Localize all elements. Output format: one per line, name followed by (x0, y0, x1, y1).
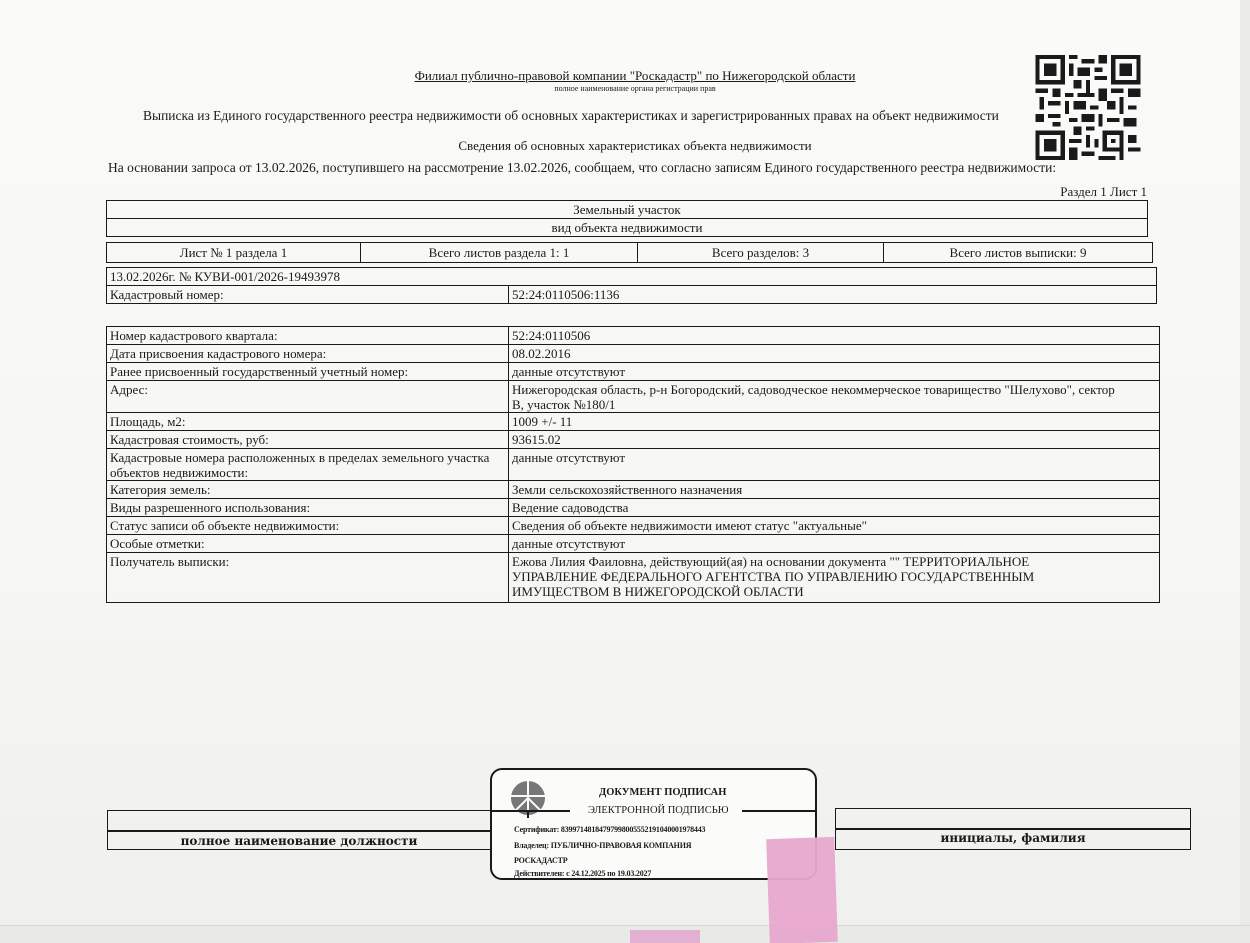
stamp-signed-text: ДОКУМЕНТ ПОДПИСАН (599, 787, 726, 798)
roskadastr-logo-icon (508, 778, 548, 818)
section-sheets-total: Всего листов раздела 1: 1 (361, 243, 638, 263)
row-value: Ежова Лилия Фаиловна, действующий(ая) на… (509, 553, 1160, 603)
table-row: Статус записи об объекте недвижимости:Св… (107, 517, 1160, 535)
row-label: Категория земель: (107, 481, 509, 499)
table-row: Номер кадастрового квартала:52:24:011050… (107, 327, 1160, 345)
registration-authority-caption: полное наименование органа регистрации п… (140, 84, 1130, 93)
row-label: Особые отметки: (107, 535, 509, 553)
qr-code-icon (1033, 55, 1143, 160)
table-row: Особые отметки:данные отсутствуют (107, 535, 1160, 553)
divider (108, 830, 490, 832)
position-caption: полное наименование должности (108, 834, 490, 848)
stamp-line (490, 810, 570, 812)
row-value: 1009 +/- 11 (509, 413, 1160, 431)
row-value: Нижегородская область, р-н Богородский, … (509, 381, 1160, 413)
sheets-info-table: Лист № 1 раздела 1 Всего листов раздела … (106, 242, 1153, 263)
row-value: 08.02.2016 (509, 345, 1160, 363)
request-basis-text: На основании запроса от 13.02.2026, пост… (108, 160, 1208, 176)
row-label: Адрес: (107, 381, 509, 413)
stamp-line (742, 810, 817, 812)
table-row: Кадастровая стоимость, руб:93615.02 (107, 431, 1160, 449)
record-number-table: 13.02.2026г. № КУВИ-001/2026-19493978 Ка… (106, 267, 1157, 304)
row-label: Получатель выписки: (107, 553, 509, 603)
stamp-owner-name: РОСКАДАСТР (514, 856, 567, 865)
table-row: Ранее присвоенный государственный учетны… (107, 363, 1160, 381)
object-type-table: Земельный участок вид объекта недвижимос… (106, 200, 1148, 237)
name-caption: инициалы, фамилия (836, 831, 1190, 845)
row-label: Ранее присвоенный государственный учетны… (107, 363, 509, 381)
row-value: данные отсутствуют (509, 449, 1160, 481)
row-value: Земли сельскохозяйственного назначения (509, 481, 1160, 499)
row-label: Номер кадастрового квартала: (107, 327, 509, 345)
extract-number: 13.02.2026г. № КУВИ-001/2026-19493978 (107, 268, 1157, 286)
row-value: Ведение садоводства (509, 499, 1160, 517)
document-subtitle: Сведения об основных характеристиках объ… (140, 138, 1130, 154)
stamp-validity: Действителен: с 24.12.2025 по 19.03.2027 (514, 869, 651, 878)
pink-sticky-note-edge (630, 930, 700, 943)
cadastral-number-value: 52:24:0110506:1136 (509, 286, 1157, 304)
cadastral-number-label: Кадастровый номер: (107, 286, 509, 304)
row-label: Кадастровая стоимость, руб: (107, 431, 509, 449)
stamp-signature-type: ЭЛЕКТРОННОЙ ПОДПИСЬЮ (588, 805, 729, 816)
object-type: Земельный участок (107, 201, 1148, 219)
table-row: Кадастровые номера расположенных в преде… (107, 449, 1160, 481)
characteristics-table: Номер кадастрового квартала:52:24:011050… (106, 326, 1160, 603)
row-label: Кадастровые номера расположенных в преде… (107, 449, 509, 481)
position-signature-field: полное наименование должности (107, 810, 490, 850)
row-value: данные отсутствуют (509, 535, 1160, 553)
divider (836, 828, 1190, 830)
stamp-certificate: Сертификат: 8399714818479799800555219104… (514, 825, 705, 834)
row-label: Статус записи об объекте недвижимости: (107, 517, 509, 535)
object-type-caption: вид объекта недвижимости (107, 219, 1148, 237)
sections-total: Всего разделов: 3 (638, 243, 884, 263)
name-signature-field: инициалы, фамилия (835, 808, 1191, 850)
table-row: Площадь, м2:1009 +/- 11 (107, 413, 1160, 431)
table-row: Адрес:Нижегородская область, р-н Богород… (107, 381, 1160, 413)
row-label: Площадь, м2: (107, 413, 509, 431)
table-row: Категория земель:Земли сельскохозяйствен… (107, 481, 1160, 499)
table-row: Дата присвоения кадастрового номера:08.0… (107, 345, 1160, 363)
row-value: 93615.02 (509, 431, 1160, 449)
extract-sheets-total: Всего листов выписки: 9 (884, 243, 1153, 263)
table-row: Виды разрешенного использования:Ведение … (107, 499, 1160, 517)
row-label: Дата присвоения кадастрового номера: (107, 345, 509, 363)
row-value: Сведения об объекте недвижимости имеют с… (509, 517, 1160, 535)
sheet-number: Лист № 1 раздела 1 (107, 243, 361, 263)
row-value: данные отсутствуют (509, 363, 1160, 381)
stamp-owner: Владелец: ПУБЛИЧНО-ПРАВОВАЯ КОМПАНИЯ (514, 841, 691, 850)
page-edge (1240, 0, 1250, 943)
row-label: Виды разрешенного использования: (107, 499, 509, 517)
pink-sticky-note (766, 837, 838, 943)
section-sheet-ref: Раздел 1 Лист 1 (1000, 184, 1147, 200)
registration-authority-name: Филиал публично-правовой компании "Роска… (140, 68, 1130, 84)
document-page: Филиал публично-правовой компании "Роска… (0, 0, 1250, 943)
table-row: Получатель выписки:Ежова Лилия Фаиловна,… (107, 553, 1160, 603)
row-value: 52:24:0110506 (509, 327, 1160, 345)
document-title: Выписка из Единого государственного реес… (140, 108, 1160, 124)
page-bottom-edge (0, 925, 1250, 943)
